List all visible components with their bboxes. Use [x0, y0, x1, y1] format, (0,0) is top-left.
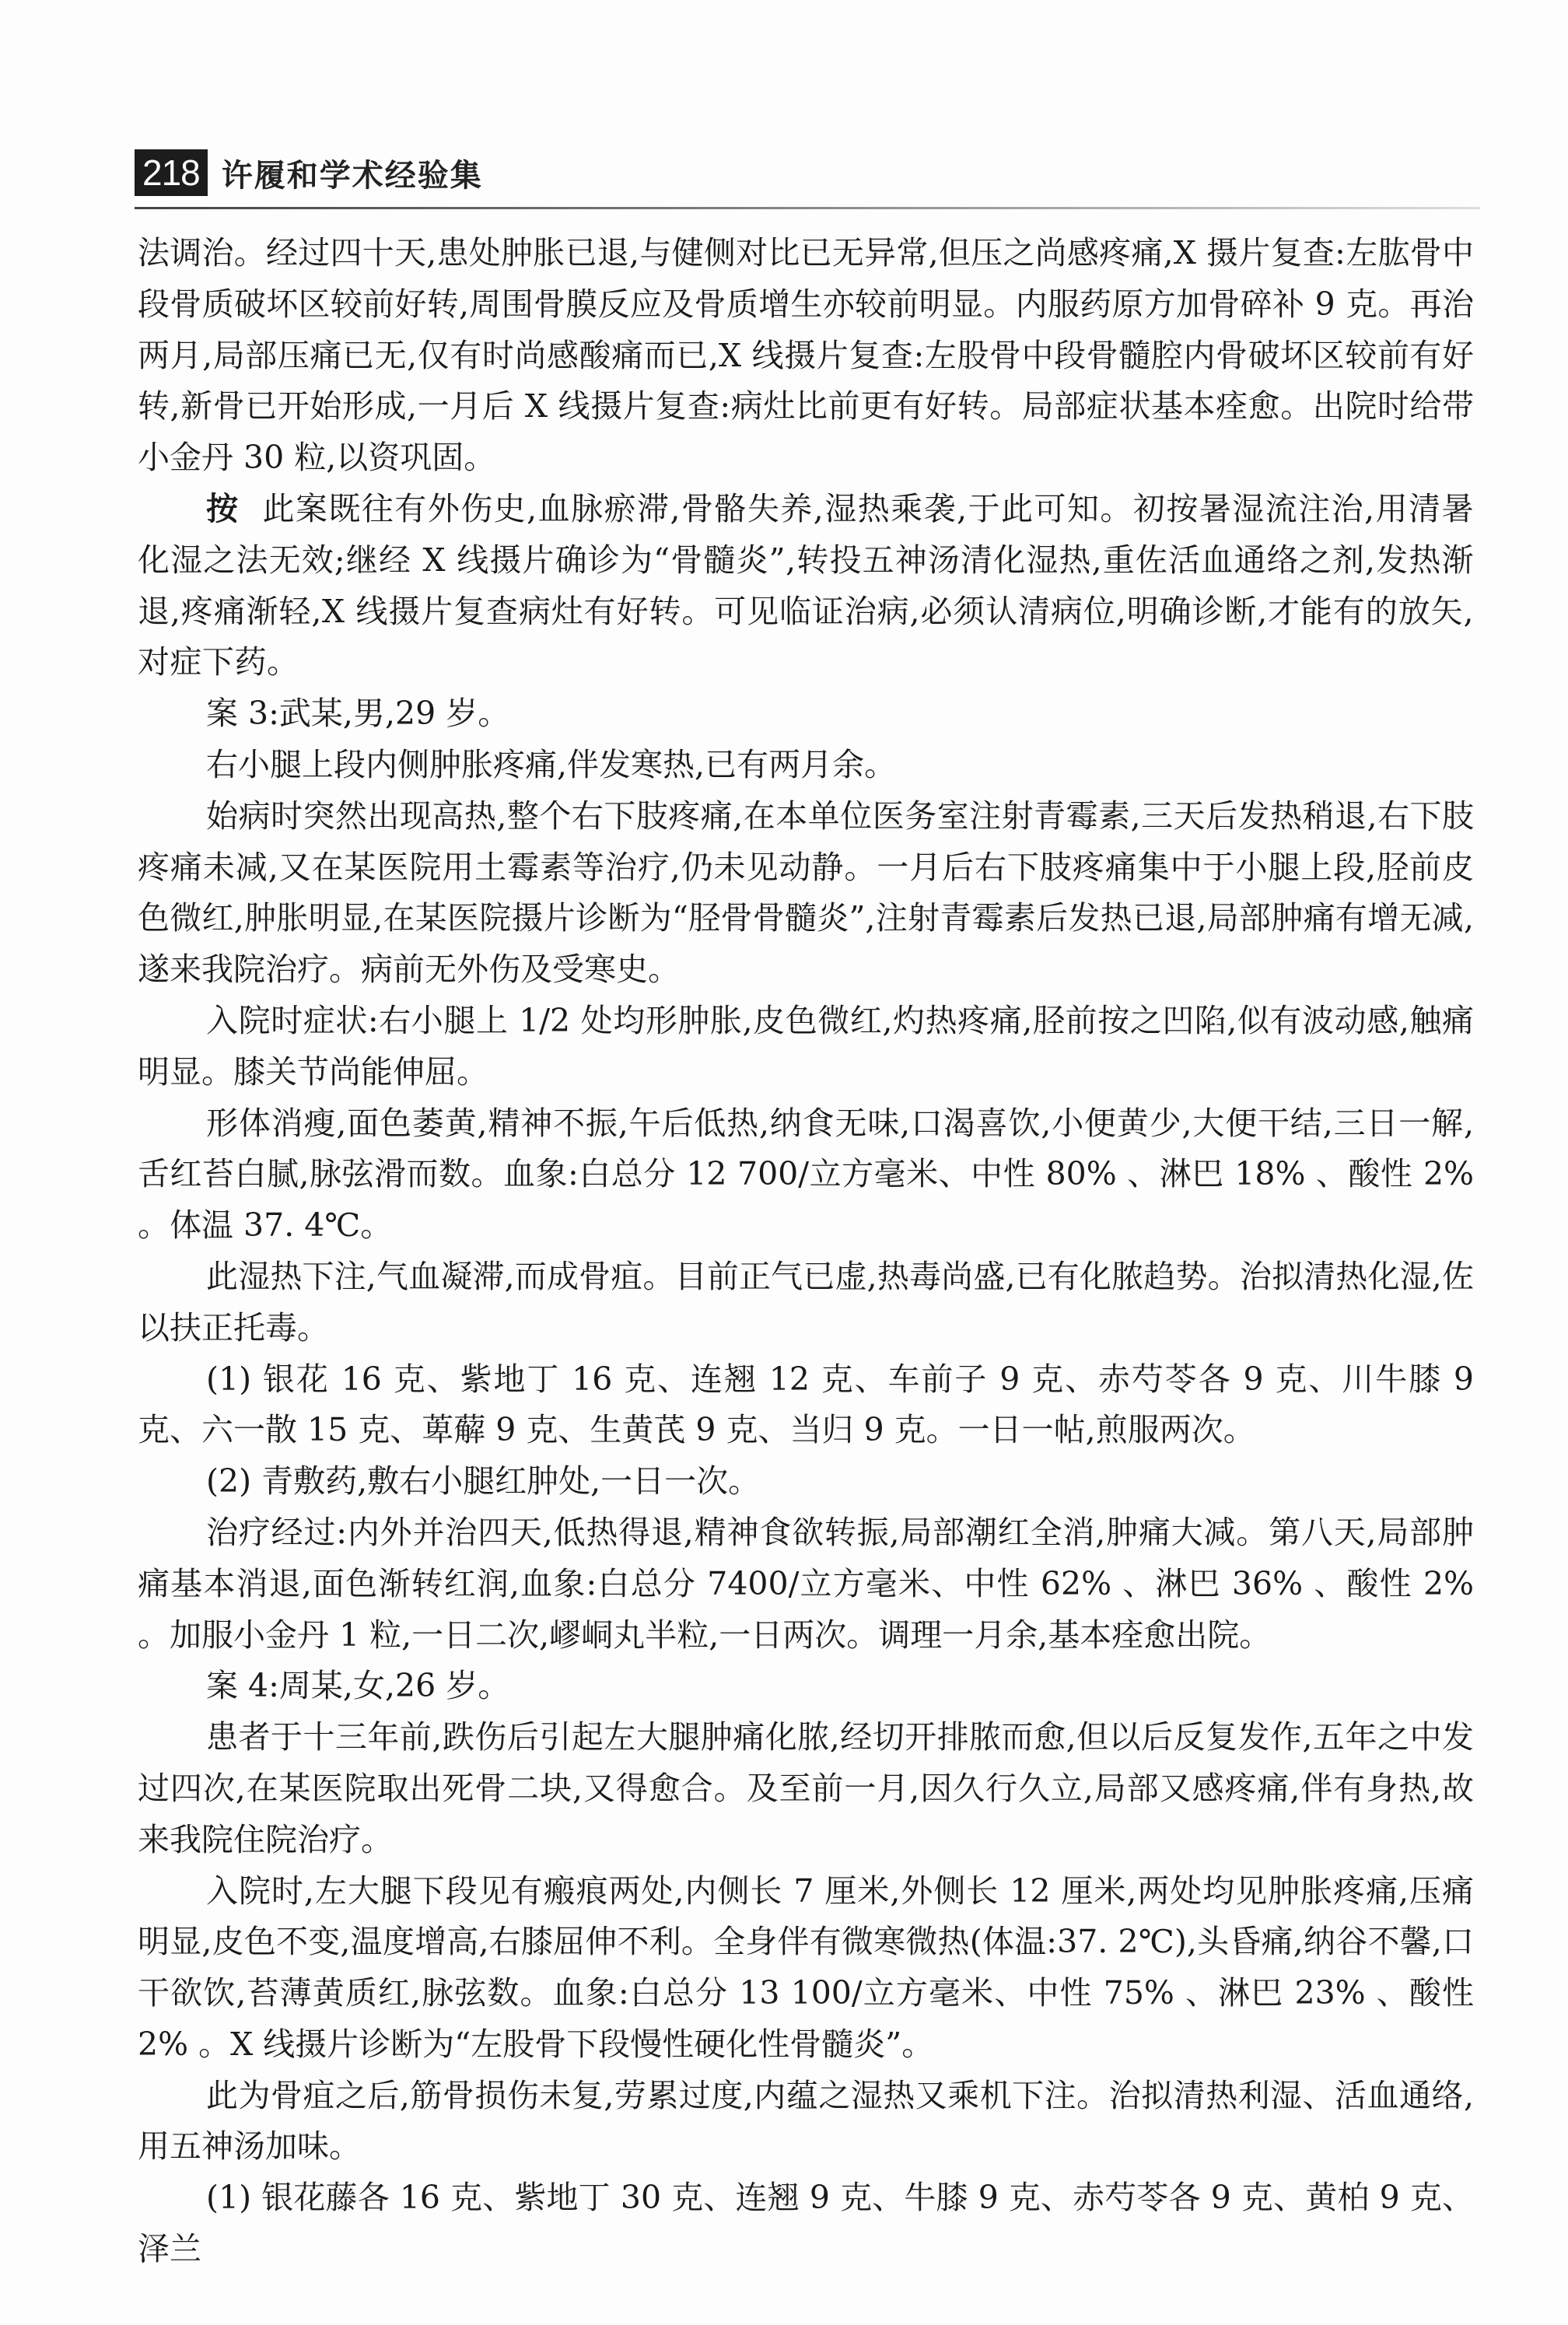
running-header: 218 许履和学术经验集 [135, 149, 483, 196]
book-title: 许履和学术经验集 [222, 151, 483, 195]
commentary-label: 按 [206, 490, 239, 527]
paragraph: 入院时症状:右小腿上 1/2 处均形肿胀,皮色微红,灼热疼痛,胫前按之凹陷,似有… [138, 996, 1474, 1098]
prescription-item: (1) 银花藤各 16 克、紫地丁 30 克、连翘 9 克、牛膝 9 克、赤芍苓… [138, 2173, 1474, 2275]
body-text: 法调治。经过四十天,患处肿胀已退,与健侧对比已无异常,但压之尚感疼痛,X 摄片复… [138, 228, 1474, 2275]
paragraph: 始病时突然出现高热,整个右下肢疼痛,在本单位医务室注射青霉素,三天后发热稍退,右… [138, 791, 1474, 996]
prescription-item: (2) 青敷药,敷右小腿红肿处,一日一次。 [138, 1456, 1474, 1507]
paragraph: 法调治。经过四十天,患处肿胀已退,与健侧对比已无异常,但压之尚感疼痛,X 摄片复… [138, 228, 1474, 484]
paragraph: 右小腿上段内侧肿胀疼痛,伴发寒热,已有两月余。 [138, 740, 1474, 791]
case-heading: 案 3:武某,男,29 岁。 [138, 688, 1474, 740]
paragraph: 治疗经过:内外并治四天,低热得退,精神食欲转振,局部潮红全消,肿痛大减。第八天,… [138, 1507, 1474, 1661]
paragraph: 入院时,左大腿下段见有瘢痕两处,内侧长 7 厘米,外侧长 12 厘米,两处均见肿… [138, 1866, 1474, 2071]
paragraph: 此湿热下注,气血凝滞,而成骨疽。目前正气已虚,热毒尚盛,已有化脓趋势。治拟清热化… [138, 1252, 1474, 1354]
page-number: 218 [135, 149, 208, 196]
case-heading: 案 4:周某,女,26 岁。 [138, 1661, 1474, 1712]
paragraph: 形体消瘦,面色萎黄,精神不振,午后低热,纳食无味,口渴喜饮,小便黄少,大便干结,… [138, 1098, 1474, 1252]
commentary-text: 此案既往有外伤史,血脉瘀滞,骨骼失养,湿热乘袭,于此可知。初按暑湿流注治,用清暑… [138, 490, 1474, 681]
paragraph: 此为骨疽之后,筋骨损伤未复,劳累过度,内蕴之湿热又乘机下注。治拟清热利湿、活血通… [138, 2071, 1474, 2173]
paragraph: 患者于十三年前,跌伤后引起左大腿肿痛化脓,经切开排脓而愈,但以后反复发作,五年之… [138, 1712, 1474, 1865]
prescription-item: (1) 银花 16 克、紫地丁 16 克、连翘 12 克、车前子 9 克、赤芍苓… [138, 1354, 1474, 1457]
commentary-paragraph: 按此案既往有外伤史,血脉瘀滞,骨骼失养,湿热乘袭,于此可知。初按暑湿流注治,用清… [138, 484, 1474, 688]
header-divider [135, 207, 1480, 209]
